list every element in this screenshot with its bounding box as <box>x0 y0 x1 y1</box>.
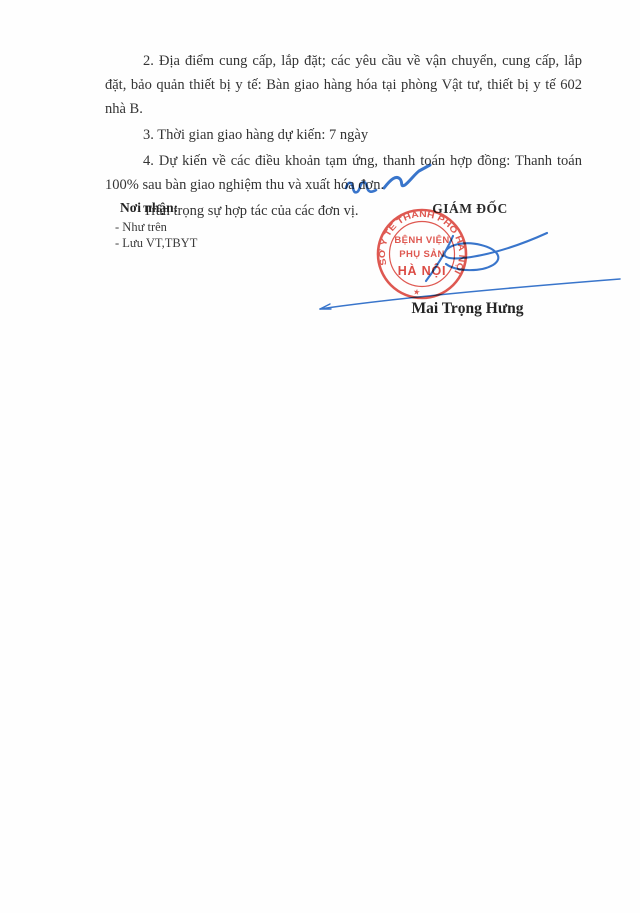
paragraph-delivery-location: 2. Địa điểm cung cấp, lắp đặt; các yêu c… <box>105 49 582 121</box>
signature-stroke <box>346 182 376 192</box>
recipient-item: - Như trên <box>115 219 295 235</box>
signature-stroke <box>320 279 620 309</box>
signature-stroke <box>444 233 547 270</box>
recipients-heading: Nơi nhận: <box>120 200 295 216</box>
signature-stroke <box>384 165 430 188</box>
recipient-item: - Lưu VT,TBYT <box>115 235 295 251</box>
paragraph-delivery-time: 3. Thời gian giao hàng dự kiến: 7 ngày <box>105 123 582 147</box>
recipients-block: Nơi nhận: - Như trên - Lưu VT,TBYT <box>115 200 295 251</box>
scanned-document-page: 2. Địa điểm cung cấp, lắp đặt; các yêu c… <box>0 0 640 913</box>
signature-ink <box>300 150 640 320</box>
